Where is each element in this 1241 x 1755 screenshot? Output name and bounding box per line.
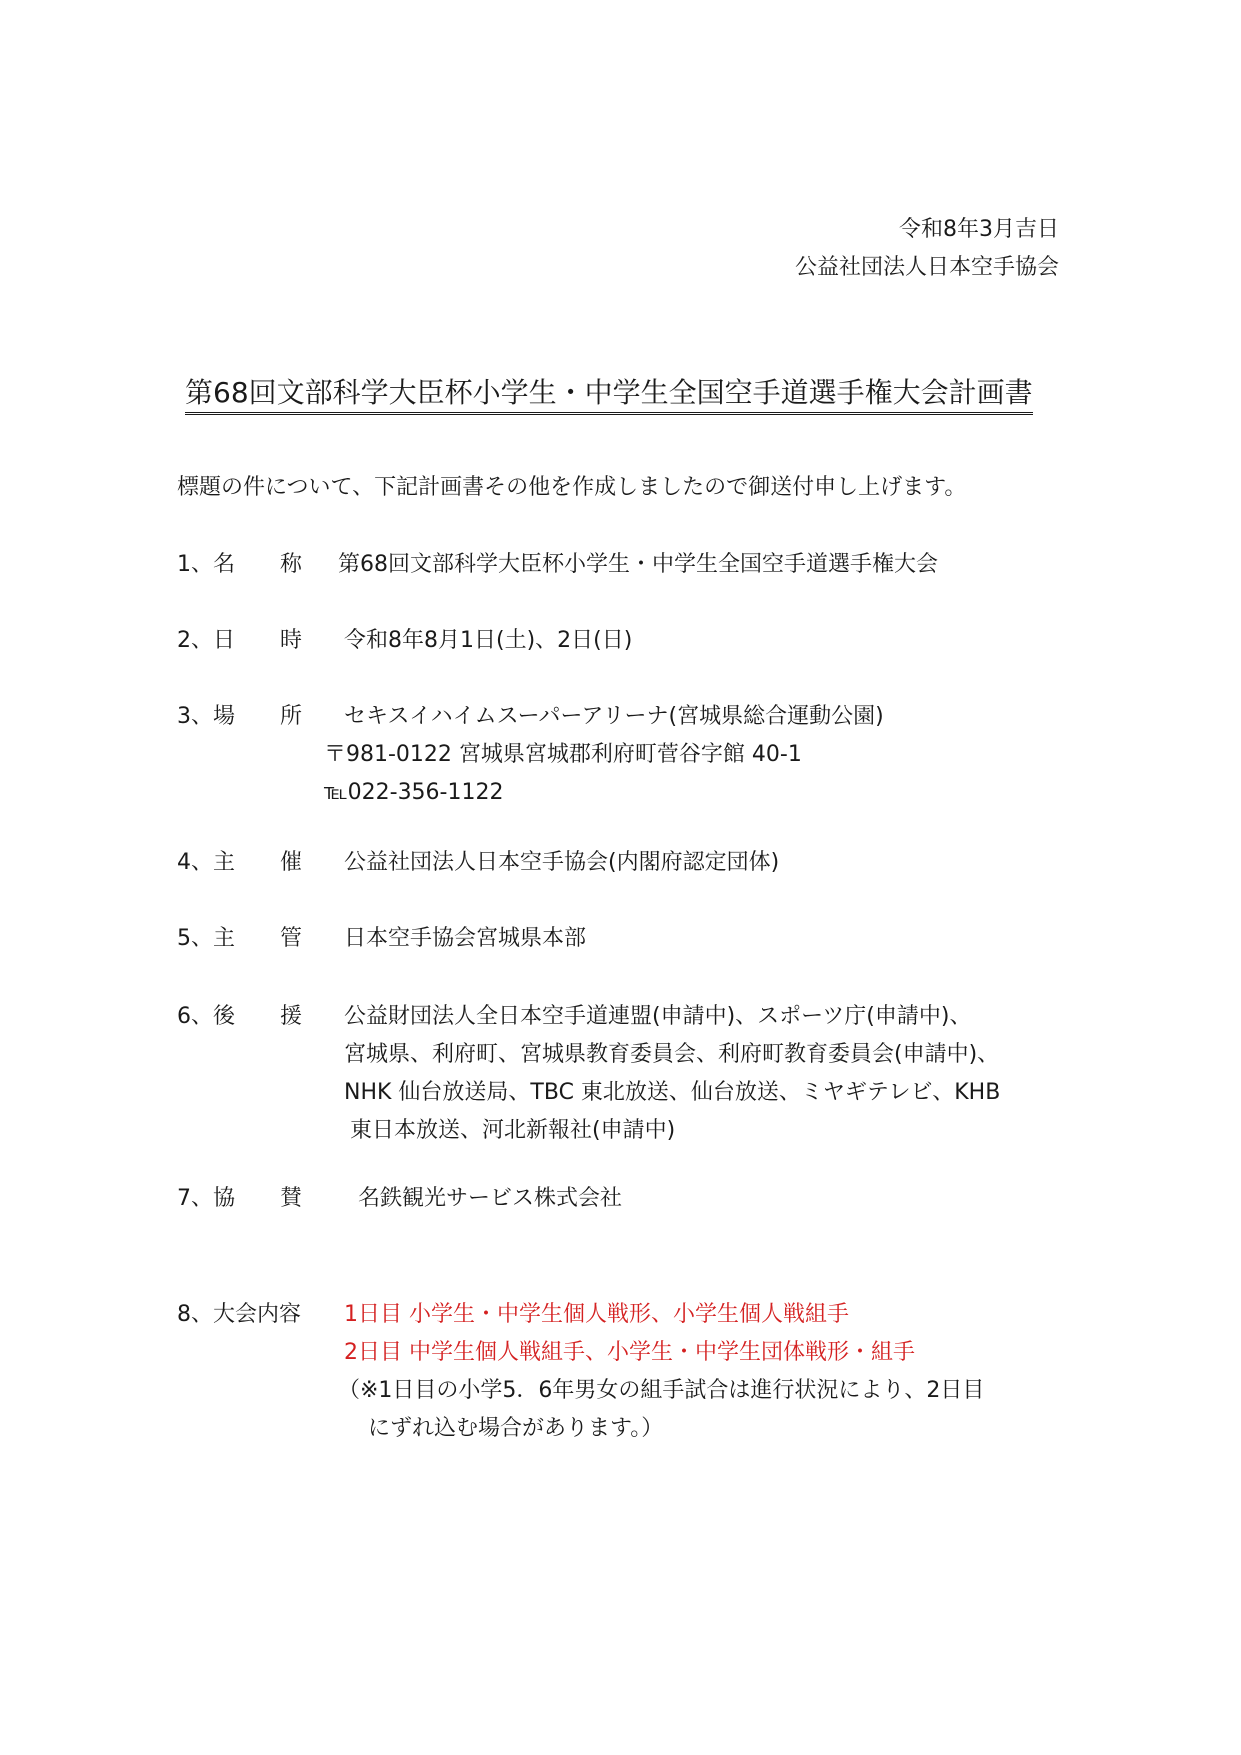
schedule-note: （※1日目の小学5．6年男女の組手試合は進行状況により、2日目: [338, 1372, 984, 1410]
venue-name: セキスイハイムスーパーアリーナ(宮城県総合運動公園): [338, 698, 884, 736]
value-line: 公益財団法人全日本空手道連盟(申請中)、スポーツ庁(申請中)、: [338, 998, 1000, 1036]
item-value: 1日目 小学生・中学生個人戦形、小学生個人戦組手 2日目 中学生個人戦組手、小学…: [338, 1296, 984, 1448]
intro-paragraph: 標題の件について、下記計画書その他を作成しましたので御送付申し上げます。: [177, 470, 966, 501]
item-label-2: 援: [280, 998, 302, 1036]
item-value: 日本空手協会宮城県本部: [338, 920, 586, 958]
item-value: 令和8年8月1日(土)、2日(日): [338, 622, 632, 660]
value-line: 宮城県、利府町、宮城県教育委員会、利府町教育委員会(申請中)、: [338, 1036, 1000, 1074]
item-label-2: 時: [280, 622, 302, 660]
item-label: 3、場: [177, 698, 235, 736]
value-line: NHK 仙台放送局、TBC 東北放送、仙台放送、ミヤギテレビ、KHB: [338, 1074, 1000, 1112]
item-value: 公益財団法人全日本空手道連盟(申請中)、スポーツ庁(申請中)、 宮城県、利府町、…: [338, 998, 1000, 1150]
value-line: 公益社団法人日本空手協会(内閣府認定団体): [338, 844, 779, 882]
item-label: 1、名: [177, 546, 235, 584]
venue-address: 〒981-0122 宮城県宮城郡利府町菅谷字館 40-1: [324, 736, 884, 774]
value-line: 第68回文部科学大臣杯小学生・中学生全国空手道選手権大会: [338, 546, 938, 584]
item-label-2: 称: [280, 546, 302, 584]
item-label: 8、大会内容: [177, 1296, 301, 1334]
item-value: 第68回文部科学大臣杯小学生・中学生全国空手道選手権大会: [338, 546, 938, 584]
item-label-2: 催: [280, 844, 302, 882]
item-label: 6、後: [177, 998, 235, 1036]
document-page: 令和8年3月吉日 公益社団法人日本空手協会 第68回文部科学大臣杯小学生・中学生…: [0, 0, 1241, 1755]
day1-schedule: 1日目 小学生・中学生個人戦形、小学生個人戦組手: [338, 1296, 984, 1334]
item-label: 2、日: [177, 622, 235, 660]
issue-date: 令和8年3月吉日: [899, 212, 1059, 243]
value-line: 東日本放送、河北新報社(申請中): [338, 1112, 1000, 1150]
item-value: 名鉄観光サービス株式会社: [338, 1180, 622, 1218]
item-label-2: 所: [280, 698, 302, 736]
item-label-2: 賛: [280, 1180, 302, 1218]
item-value: 公益社団法人日本空手協会(内閣府認定団体): [338, 844, 779, 882]
schedule-note-cont: にずれ込む場合があります。）: [338, 1410, 984, 1448]
value-line: 令和8年8月1日(土)、2日(日): [338, 622, 632, 660]
item-label-2: 管: [280, 920, 302, 958]
item-label: 4、主: [177, 844, 235, 882]
day2-schedule: 2日目 中学生個人戦組手、小学生・中学生団体戦形・組手: [338, 1334, 984, 1372]
issuing-organization: 公益社団法人日本空手協会: [795, 250, 1059, 281]
value-line: 日本空手協会宮城県本部: [338, 920, 586, 958]
item-label: 5、主: [177, 920, 235, 958]
document-title: 第68回文部科学大臣杯小学生・中学生全国空手道選手権大会計画書: [185, 376, 1033, 415]
item-value: セキスイハイムスーパーアリーナ(宮城県総合運動公園) 〒981-0122 宮城県…: [338, 698, 884, 812]
item-label: 7、協: [177, 1180, 235, 1218]
venue-phone: ℡022-356-1122: [324, 774, 884, 812]
value-line: 名鉄観光サービス株式会社: [338, 1180, 622, 1218]
